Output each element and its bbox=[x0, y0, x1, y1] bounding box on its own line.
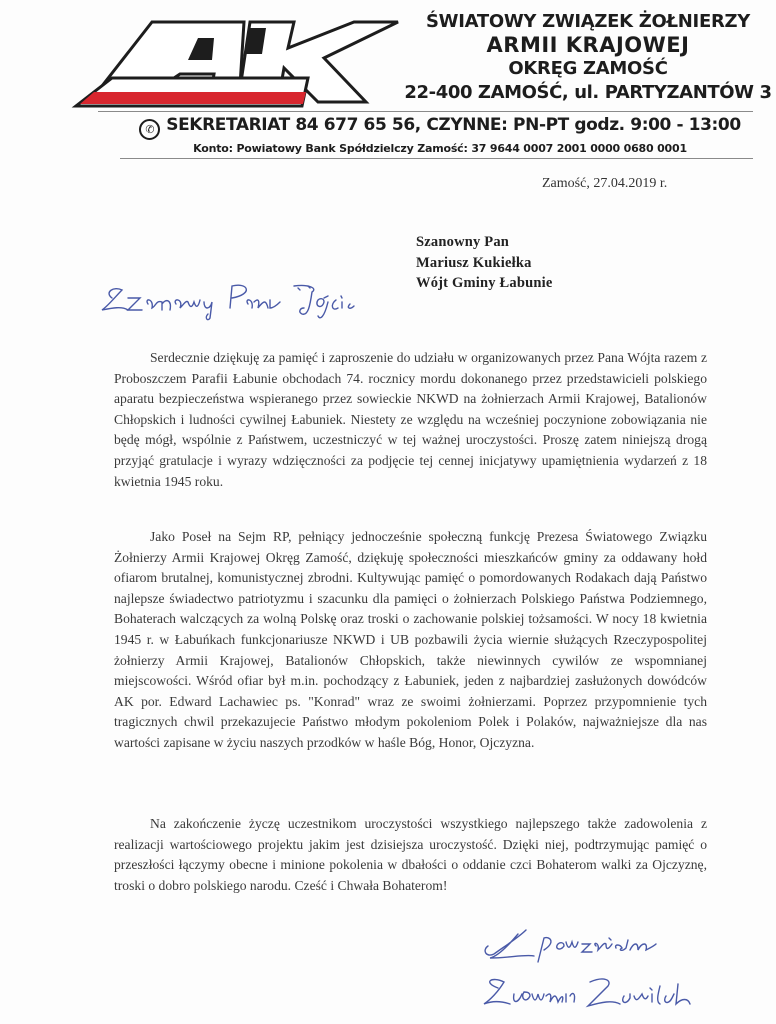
organization-block: ŚWIATOWY ZWIĄZEK ŻOŁNIERZY ARMII KRAJOWE… bbox=[400, 10, 776, 105]
recipient-block: Szanowny Pan Mariusz Kukiełka Wójt Gminy… bbox=[416, 232, 553, 294]
header-rule-top bbox=[98, 111, 753, 112]
ak-logo: AK bbox=[62, 14, 402, 110]
org-name-line2: ARMII KRAJOWEJ bbox=[400, 34, 776, 57]
paragraph-text: Jako Poseł na Sejm RP, pełniący jednocze… bbox=[114, 527, 707, 754]
bank-account: Konto: Powiatowy Bank Spółdzielczy Zamoś… bbox=[130, 140, 750, 158]
handwritten-salutation: Szanowny Panie Wójcie bbox=[98, 278, 358, 328]
paragraph-text: Serdecznie dziękuję za pamięć i zaprosze… bbox=[114, 348, 707, 492]
paragraph-text: Na zakończenie życzę uczestnikom uroczys… bbox=[114, 814, 707, 896]
paragraph-2: Jako Poseł na Sejm RP, pełniący jednocze… bbox=[114, 527, 707, 754]
logo-text: AK bbox=[62, 14, 86, 18]
letter-date: Zamość, 27.04.2019 r. bbox=[542, 176, 667, 192]
paragraph-1: Serdecznie dziękuję za pamięć i zaprosze… bbox=[114, 348, 707, 492]
handwritten-signature: Sławomir Zawiślak bbox=[478, 918, 718, 1018]
header-rule-bottom bbox=[120, 158, 753, 159]
org-name-line1: ŚWIATOWY ZWIĄZEK ŻOŁNIERZY bbox=[400, 10, 776, 34]
phone-icon: ✆ bbox=[139, 119, 160, 140]
contact-block: ✆SEKRETARIAT 84 677 65 56, CZYNNE: PN-PT… bbox=[130, 114, 750, 158]
recipient-line1: Szanowny Pan bbox=[416, 232, 553, 253]
org-district: OKRĘG ZAMOŚĆ bbox=[400, 57, 776, 81]
org-address: 22-400 ZAMOŚĆ, ul. PARTYZANTÓW 3 bbox=[400, 81, 776, 105]
phone-text: SEKRETARIAT 84 677 65 56, CZYNNE: PN-PT … bbox=[166, 115, 741, 135]
paragraph-3: Na zakończenie życzę uczestnikom uroczys… bbox=[114, 814, 707, 896]
phone-line: ✆SEKRETARIAT 84 677 65 56, CZYNNE: PN-PT… bbox=[130, 114, 750, 140]
recipient-name: Mariusz Kukiełka bbox=[416, 253, 553, 274]
recipient-title: Wójt Gminy Łabunie bbox=[416, 273, 553, 294]
